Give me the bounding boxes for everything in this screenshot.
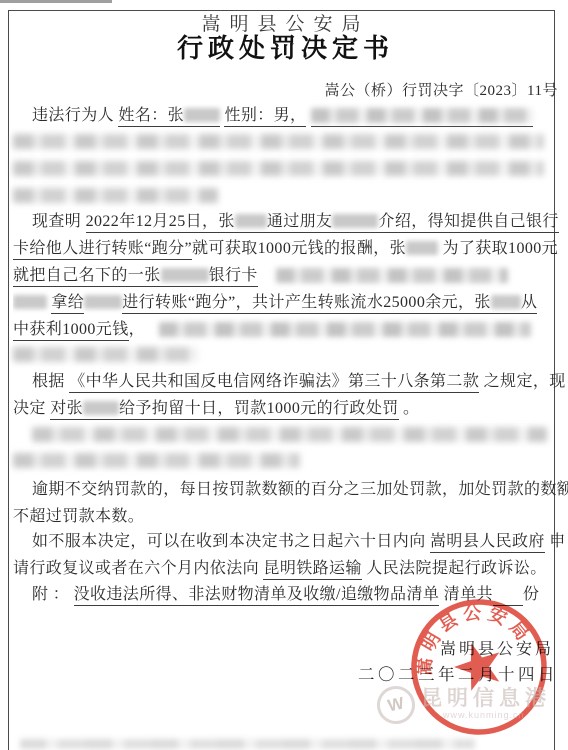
redacted-name	[184, 107, 220, 127]
findings-lead-label: 现查明	[32, 213, 81, 230]
redacted-name	[235, 213, 267, 233]
redacted-name	[84, 295, 122, 309]
appeal-line-1: 如不服本决定，可以在收到本决定书之日起六十日内向 嵩明县人民政府 申	[13, 529, 568, 556]
court-name: 昆明铁路运输	[263, 560, 361, 580]
findings-line-3: 就把自己名下的一张银行卡	[13, 263, 558, 290]
findings-text: 就把自己名下的一张	[13, 267, 161, 287]
offender-lead-label: 违法行为人	[32, 107, 114, 124]
redacted-line	[13, 134, 544, 149]
penalty-content: 给予拘留十日，罚款1000元的行政处罚	[119, 400, 399, 420]
appeal-text: 请行政复议或者在六个月内依法向	[13, 560, 259, 577]
legal-text: 之规定，现	[484, 373, 566, 390]
findings-text: 拿给	[51, 294, 84, 314]
document-title: 行政处罚决定书	[13, 33, 558, 65]
offender-name-field: 姓名：张	[118, 107, 184, 127]
decision-line: 决定 对张给予拘留十日，罚款1000元的行政处罚 。	[13, 396, 558, 423]
findings-text: ，	[129, 321, 145, 338]
redacted-text	[159, 322, 531, 337]
findings-friend: 通过朋友	[267, 213, 333, 233]
findings-text: 就可获取1000元钱的报酬，张	[192, 240, 406, 257]
redacted-name	[83, 400, 119, 420]
findings-line-1: 现查明 2022年12月25日，张通过朋友介绍，得知提供自己银行	[13, 209, 568, 236]
penalty-decision-document: 嵩明县公安局 行政处罚决定书 嵩公（桥）行罚决字〔2023〕11号 违法行为人 …	[0, 0, 568, 750]
findings-text: 进行转账“跑分”，共计产生转账流水25000余元，张	[122, 294, 491, 314]
redacted-bottom-strip	[20, 739, 475, 749]
findings-text: 介绍，得知提供自己银行	[378, 213, 558, 233]
findings-line-2: 卡给他人进行转账“跑分”就可获取1000元钱的报酬，张 为了获取1000元钱，	[13, 236, 558, 263]
redacted-name	[13, 295, 47, 309]
scan-artifact	[0, 0, 112, 3]
redacted-line	[13, 453, 300, 468]
attachment-label: 附 ：	[32, 586, 69, 603]
redacted-line	[13, 188, 218, 203]
findings-text: 银行卡	[209, 267, 258, 287]
findings-text: 从	[521, 294, 537, 314]
redacted-name	[491, 294, 521, 314]
seal-star-icon	[449, 636, 508, 694]
redacted-info	[311, 107, 533, 127]
redacted-name	[332, 213, 378, 233]
decision-lead-label: 决定	[13, 400, 46, 417]
legal-lead-label: 根据	[32, 373, 65, 390]
redacted-bank	[161, 267, 209, 287]
appeal-line-2: 请行政复议或者在六个月内依法向 昆明铁路运输 人民法院提起行政诉讼。	[13, 556, 558, 583]
redacted-line	[13, 161, 544, 176]
findings-line-5: 中获利1000元钱，	[13, 317, 558, 344]
findings-text: 为了获取1000元钱，	[442, 240, 558, 257]
appeal-text: 申	[549, 533, 565, 550]
cited-law: 《中华人民共和国反电信网络诈骗法》第三十八条第二款	[69, 373, 479, 393]
redacted-text	[276, 268, 508, 283]
findings-text: 中获利1000元钱	[13, 321, 129, 341]
redacted-line	[32, 427, 547, 442]
offender-gender-field: 性别：男，	[224, 107, 306, 127]
decision-target: 对张	[50, 400, 83, 420]
findings-text: 卡给他人进行转账“跑分”	[13, 240, 192, 260]
legal-basis-line: 根据 《中华人民共和国反电信网络诈骗法》第三十八条第二款 之规定，现	[13, 369, 568, 396]
review-authority: 嵩明县人民政府	[430, 533, 545, 553]
redacted-line	[13, 347, 198, 362]
late-penalty-line-1: 逾期不交纳罚款的，每日按罚款数额的百分之三加处罚款，加处罚款的数额	[13, 477, 568, 504]
decision-period: 。	[403, 400, 419, 417]
findings-line-4: 拿给进行转账“跑分”，共计产生转账流水25000余元，张从	[13, 290, 558, 317]
late-penalty-line-2: 不超过罚款本数。	[13, 504, 558, 531]
offender-info-line: 违法行为人 姓名：张 性别：男，	[13, 103, 568, 130]
findings-date: 2022年12月25日，张	[86, 213, 235, 233]
official-seal: 嵩明县公安局	[403, 591, 555, 743]
document-number: 嵩公（桥）行罚决字〔2023〕11号	[13, 78, 559, 105]
appeal-text: 人民法院提起行政诉讼。	[366, 560, 546, 577]
appeal-text: 如不服本决定，可以在收到本决定书之日起六十日内向	[32, 533, 426, 550]
redacted-name	[406, 241, 438, 255]
attachment-list: 没收违法所得、非法财物清单及收缴/追缴物品清单	[74, 586, 440, 606]
